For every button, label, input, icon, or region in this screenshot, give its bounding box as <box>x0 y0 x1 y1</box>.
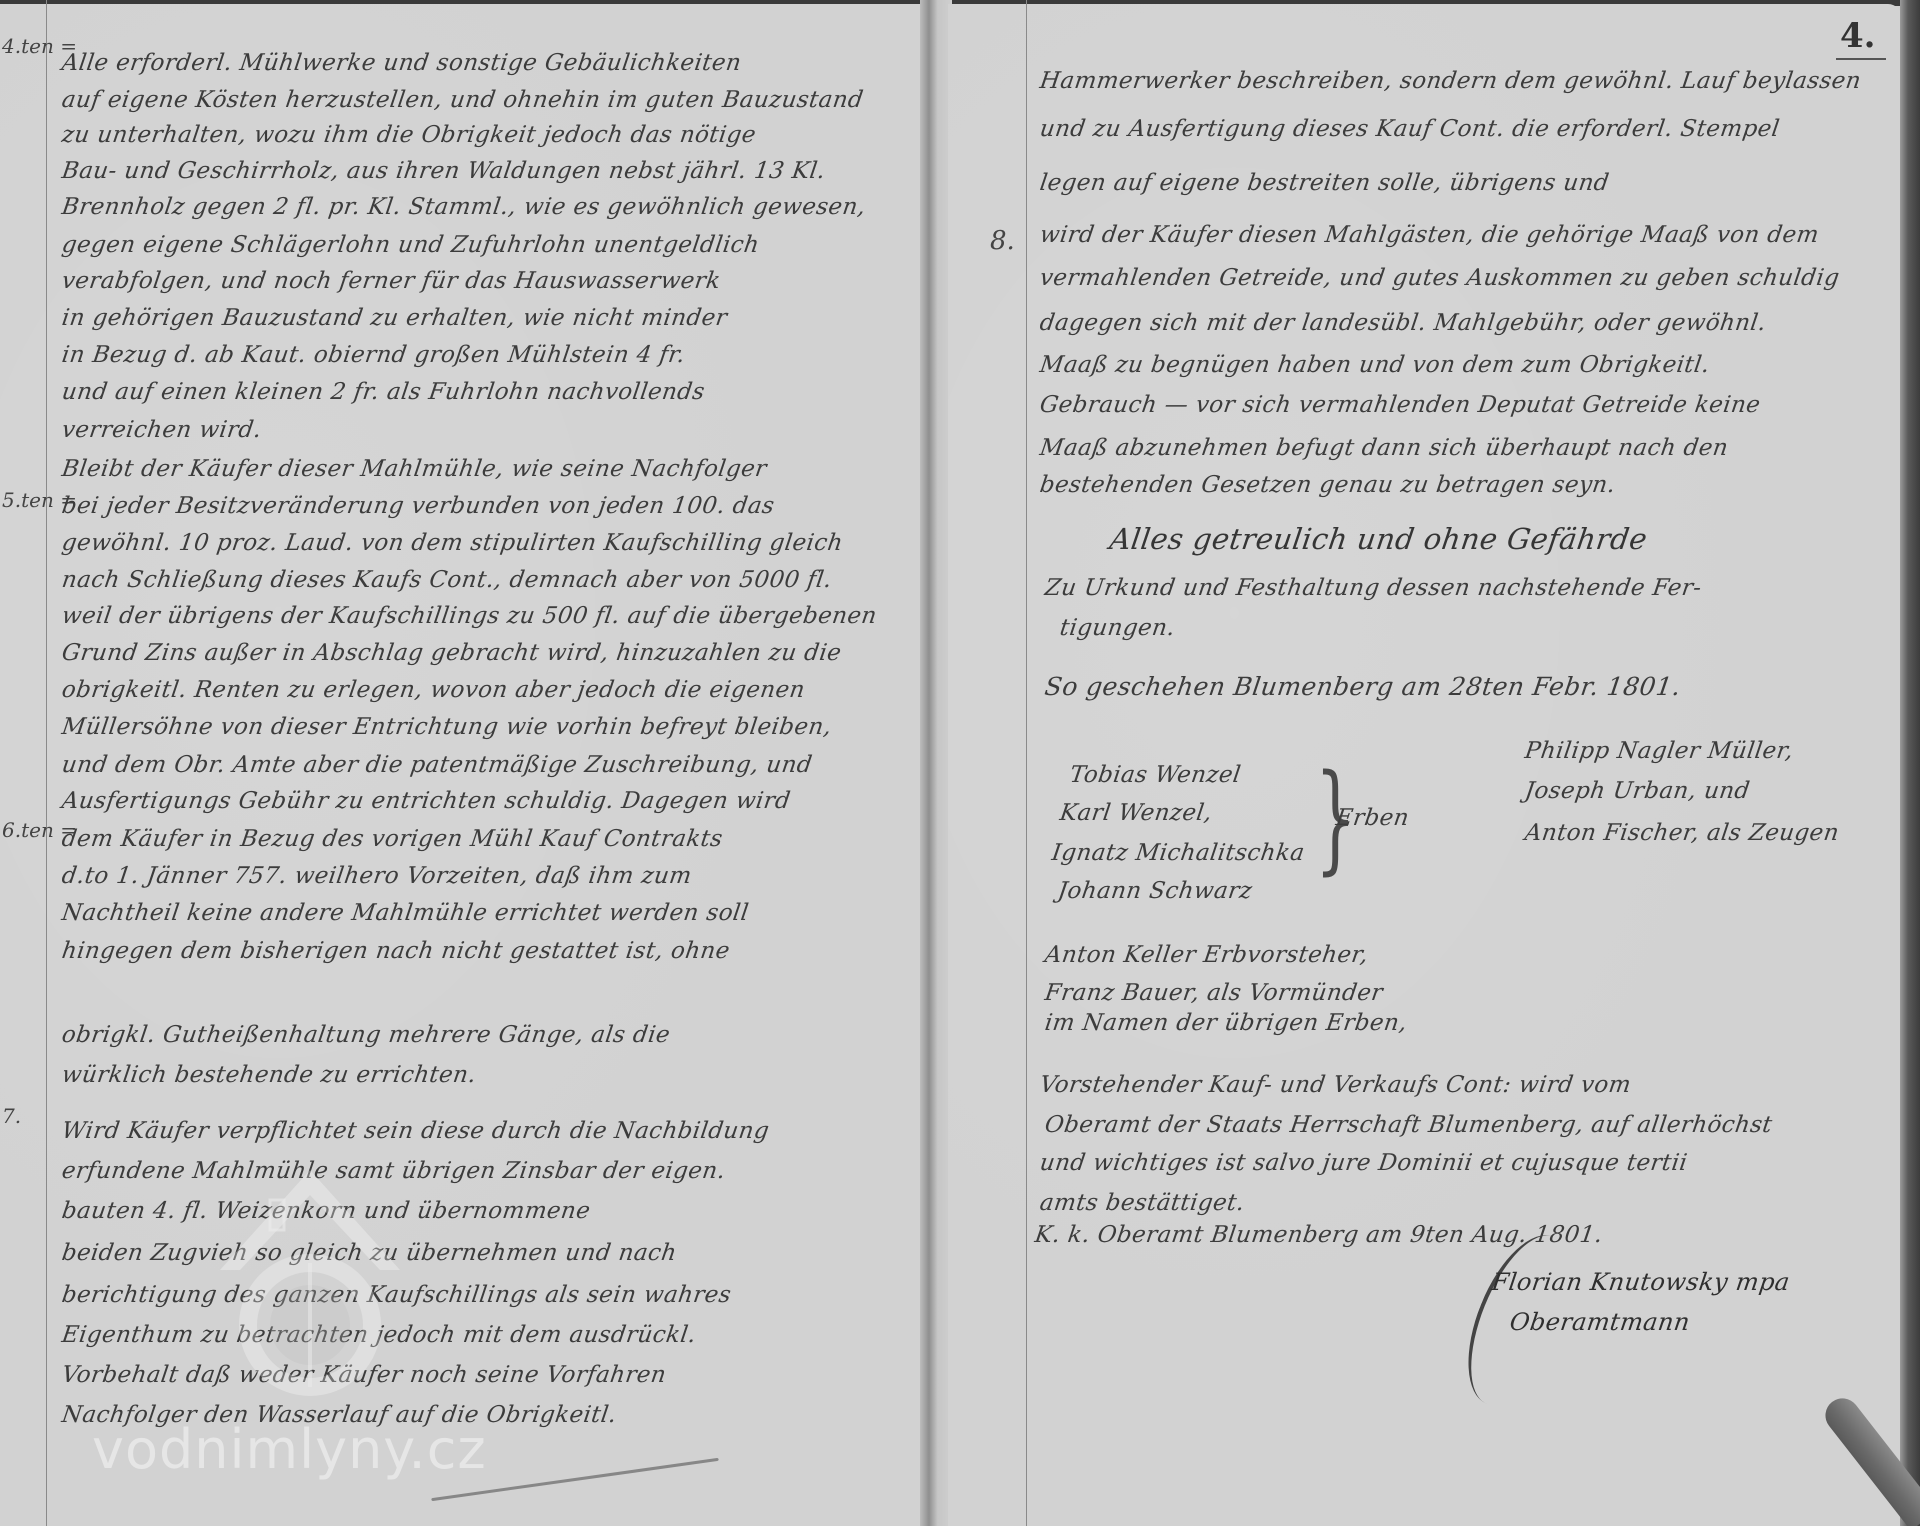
section-marker-8: 8. <box>990 226 1015 256</box>
witness-line-3: Anton Fischer, als Zeugen <box>1523 820 1841 846</box>
confirmation-line-2: Oberamt der Staats Herrschaft Blumenberg… <box>1043 1112 1774 1138</box>
left-line-20: und dem Obr. Amte aber die patentmäßige … <box>60 752 814 778</box>
right-line-8: Gebrauch — vor sich vermahlenden Deputat… <box>1038 392 1762 418</box>
left-line-5: Brennholz gegen 2 fl. pr. Kl. Stamml., w… <box>60 194 867 220</box>
heir-name-3: Ignatz Michalitschka <box>1050 840 1306 866</box>
watermark-text: vodnimlyny.cz <box>92 1418 487 1481</box>
left-line-22: dem Käufer in Bezug des vorigen Mühl Kau… <box>60 826 724 852</box>
left-margin-rule <box>46 0 47 1526</box>
left-line-24: Nachtheil keine andere Mahlmühle erricht… <box>60 900 750 926</box>
closing-formula: Alles getreulich und ohne Gefährde <box>1108 522 1650 556</box>
left-line-3: zu unterhalten, wozu ihm die Obrigkeit j… <box>60 122 758 148</box>
guardian-line-3: im Namen der übrigen Erben, <box>1043 1010 1409 1036</box>
confirmation-line-3: und wichtiges ist salvo jure Dominii et … <box>1038 1150 1689 1176</box>
left-line-23: d.to 1. Jänner 757. weilhero Vorzeiten, … <box>60 863 693 889</box>
right-line-2: und zu Ausfertigung dieses Kauf Cont. di… <box>1038 116 1781 142</box>
attestation-line-2: tigungen. <box>1058 615 1177 641</box>
left-line-2: auf eigene Kösten herzustellen, und ohne… <box>60 87 865 113</box>
left-line-11: verreichen wird. <box>60 417 263 443</box>
right-line-1: Hammerwerker beschreiben, sondern dem ge… <box>1038 68 1863 94</box>
left-line-19: Müllersöhne von dieser Entrichtung wie v… <box>60 714 833 740</box>
left-line-9: in Bezug d. ab Kaut. obiernd großen Mühl… <box>60 342 687 368</box>
heirs-label: Erben <box>1334 805 1411 831</box>
official-signature-name: Florian Knutowsky mpa <box>1490 1268 1792 1296</box>
confirmation-line-1: Vorstehender Kauf- und Verkaufs Cont: wi… <box>1038 1072 1633 1098</box>
right-line-9: Maaß abzunehmen befugt dann sich überhau… <box>1038 435 1730 461</box>
left-line-6: gegen eigene Schlägerlohn und Zufuhrlohn… <box>60 232 761 258</box>
right-line-6: dagegen sich mit der landesübl. Mahlgebü… <box>1038 310 1768 336</box>
confirmation-line-5: K. k. Oberamt Blumenberg am 9ten Aug. 18… <box>1033 1222 1604 1248</box>
left-line-1: Alle erforderl. Mühlwerke und sonstige G… <box>60 50 743 76</box>
book-spread: 4.ten = 5.ten = 6.ten = 7. Alle erforder… <box>0 0 1920 1526</box>
page-number: 4. <box>1836 16 1886 60</box>
witness-line-2: Joseph Urban, und <box>1523 778 1751 804</box>
left-line-16: weil der übrigens der Kaufschillings zu … <box>60 603 878 629</box>
witness-line-1: Philipp Nagler Müller, <box>1523 738 1795 764</box>
place-date-line: So geschehen Blumenberg am 28ten Febr. 1… <box>1043 672 1683 701</box>
left-line-15: nach Schließung dieses Kaufs Cont., demn… <box>60 567 833 593</box>
left-line-27: würklich bestehende zu errichten. <box>60 1062 478 1088</box>
left-line-4: Bau- und Geschirrholz, aus ihren Waldung… <box>60 158 827 184</box>
left-line-13: bei jeder Besitzveränderung verbunden vo… <box>60 493 776 519</box>
right-line-5: vermahlenden Getreide, und gutes Auskomm… <box>1038 265 1841 291</box>
heir-name-1: Tobias Wenzel <box>1068 762 1242 788</box>
left-line-8: in gehörigen Bauzustand zu erhalten, wie… <box>60 305 729 331</box>
left-line-10: und auf einen kleinen 2 fr. als Fuhrlohn… <box>60 379 706 405</box>
guardian-line-2: Franz Bauer, als Vormünder <box>1043 980 1384 1006</box>
official-signature-title: Oberamtmann <box>1508 1308 1692 1336</box>
left-line-14: gewöhnl. 10 proz. Laud. von dem stipulir… <box>60 530 845 556</box>
left-line-28: Wird Käufer verpflichtet sein diese durc… <box>60 1118 771 1144</box>
left-line-21: Ausfertigungs Gebühr zu entrichten schul… <box>60 788 792 814</box>
left-line-17: Grund Zins außer in Abschlag gebracht wi… <box>60 640 843 666</box>
left-line-12: Bleibt der Käufer dieser Mahlmühle, wie … <box>60 456 768 482</box>
right-line-7: Maaß zu begnügen haben und von dem zum O… <box>1038 352 1711 378</box>
mill-house-logo-icon <box>200 1160 420 1400</box>
right-margin-rule <box>1026 0 1027 1526</box>
right-line-3: legen auf eigene bestreiten solle, übrig… <box>1038 170 1611 196</box>
book-right-edge <box>1900 0 1920 1526</box>
attestation-line-1: Zu Urkund und Festhaltung dessen nachste… <box>1043 575 1703 601</box>
guardian-line-1: Anton Keller Erbvorsteher, <box>1043 942 1370 968</box>
left-line-7: verabfolgen, und noch ferner für das Hau… <box>60 268 722 294</box>
left-line-26: obrigkl. Gutheißenhaltung mehrere Gänge,… <box>60 1022 672 1048</box>
left-line-18: obrigkeitl. Renten zu erlegen, wovon abe… <box>60 677 806 703</box>
heir-name-2: Karl Wenzel, <box>1058 800 1214 826</box>
confirmation-line-4: amts bestättiget. <box>1038 1190 1246 1216</box>
right-line-4: wird der Käufer diesen Mahlgästen, die g… <box>1038 222 1820 248</box>
margin-marker-7: 7. <box>2 1104 21 1128</box>
heir-name-4: Johann Schwarz <box>1056 878 1254 904</box>
right-line-10: bestehenden Gesetzen genau zu betragen s… <box>1038 472 1617 498</box>
left-line-25: hingegen dem bisherigen nach nicht gesta… <box>60 938 731 964</box>
